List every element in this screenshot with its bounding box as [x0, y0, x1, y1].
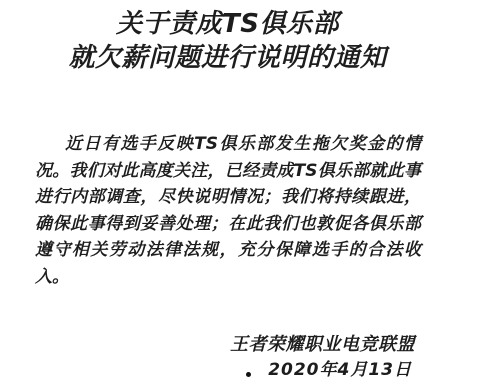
notice-body-line-1: 近日有选手反映TS俱乐部发生拖欠奖金的情 — [35, 131, 421, 158]
notice-date: 2020年4月13日 — [35, 359, 412, 381]
notice-title-line-2: 就欠薪问题进行说明的通知 — [30, 41, 425, 75]
notice-document: 关于责成TS俱乐部 就欠薪问题进行说明的通知 近日有选手反映TS俱乐部发生拖欠奖… — [0, 0, 499, 384]
notice-body-line-5: 遵守相关劳动法律法规，充分保障选手的合法收 — [35, 237, 421, 264]
notice-title: 关于责成TS俱乐部 就欠薪问题进行说明的通知 — [30, 7, 425, 75]
notice-body-line-4: 确保此事得到妥善处理；在此我们也敦促各俱乐部 — [35, 211, 421, 238]
notice-signature: 王者荣耀职业电竞联盟 — [35, 333, 415, 357]
notice-body: 近日有选手反映TS俱乐部发生拖欠奖金的情 况。我们对此高度关注，已经责成TS俱乐… — [35, 131, 421, 290]
notice-body-line-6: 入。 — [35, 264, 421, 291]
notice-body-line-3: 进行内部调查，尽快说明情况；我们将持续跟进， — [35, 184, 421, 211]
notice-body-line-2: 况。我们对此高度关注，已经责成TS俱乐部就此事 — [35, 158, 421, 185]
notice-title-line-1: 关于责成TS俱乐部 — [30, 7, 425, 41]
